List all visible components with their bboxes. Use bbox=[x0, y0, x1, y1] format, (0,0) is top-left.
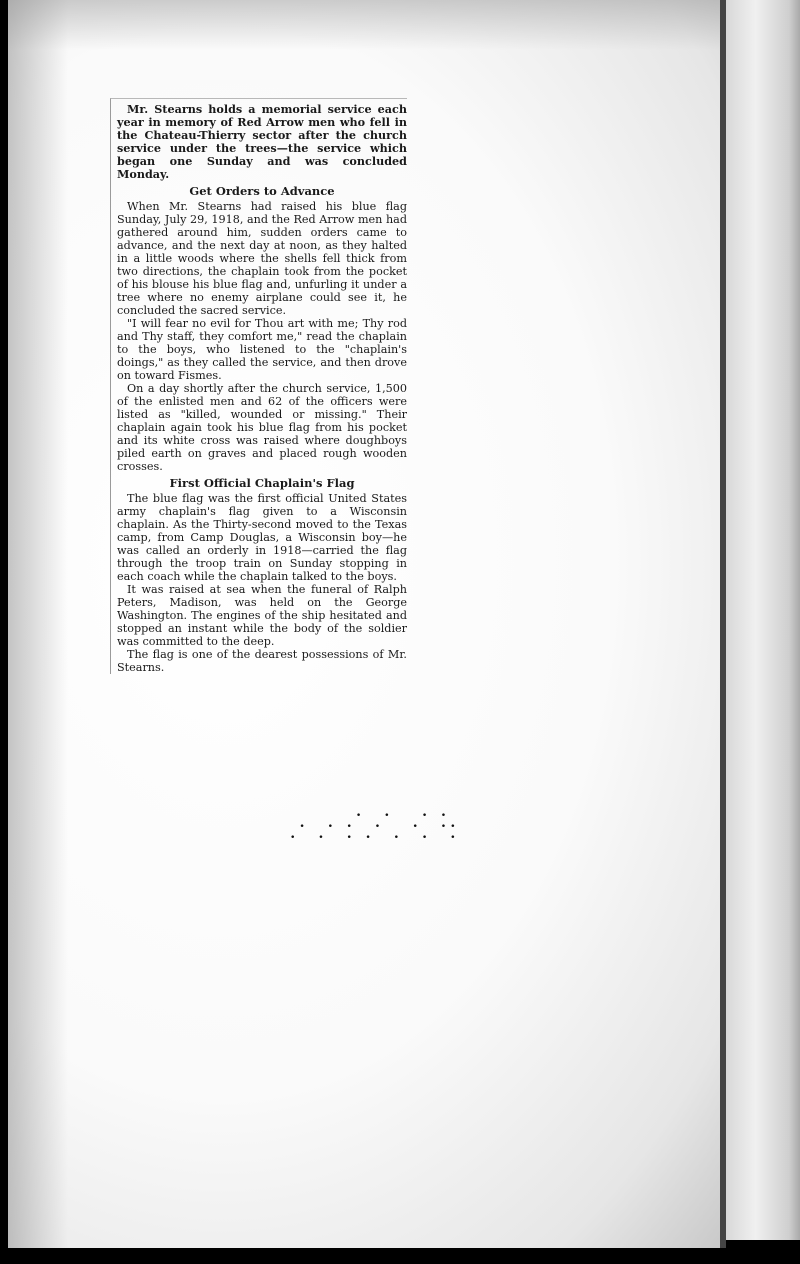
subheading-get-orders: Get Orders to Advance bbox=[117, 185, 407, 198]
subheading-first-flag: First Official Chaplain's Flag bbox=[117, 477, 407, 490]
print-speckles: • • • • • • • • • •• • • • • • • • bbox=[290, 800, 420, 836]
adjacent-page-edge bbox=[726, 0, 800, 1240]
paragraph-first-flag: The blue flag was the first official Uni… bbox=[117, 492, 407, 583]
paragraph-advance: When Mr. Stearns had raised his blue fla… bbox=[117, 200, 407, 317]
newspaper-clipping: Mr. Stearns holds a memorial service eac… bbox=[110, 98, 407, 674]
paragraph-psalm: "I will fear no evil for Thou art with m… bbox=[117, 317, 407, 382]
intro-paragraph: Mr. Stearns holds a memorial service eac… bbox=[117, 103, 407, 181]
paragraph-closing: The flag is one of the dearest possessio… bbox=[117, 648, 407, 674]
paragraph-at-sea: It was raised at sea when the funeral of… bbox=[117, 583, 407, 648]
paragraph-casualties: On a day shortly after the church servic… bbox=[117, 382, 407, 473]
